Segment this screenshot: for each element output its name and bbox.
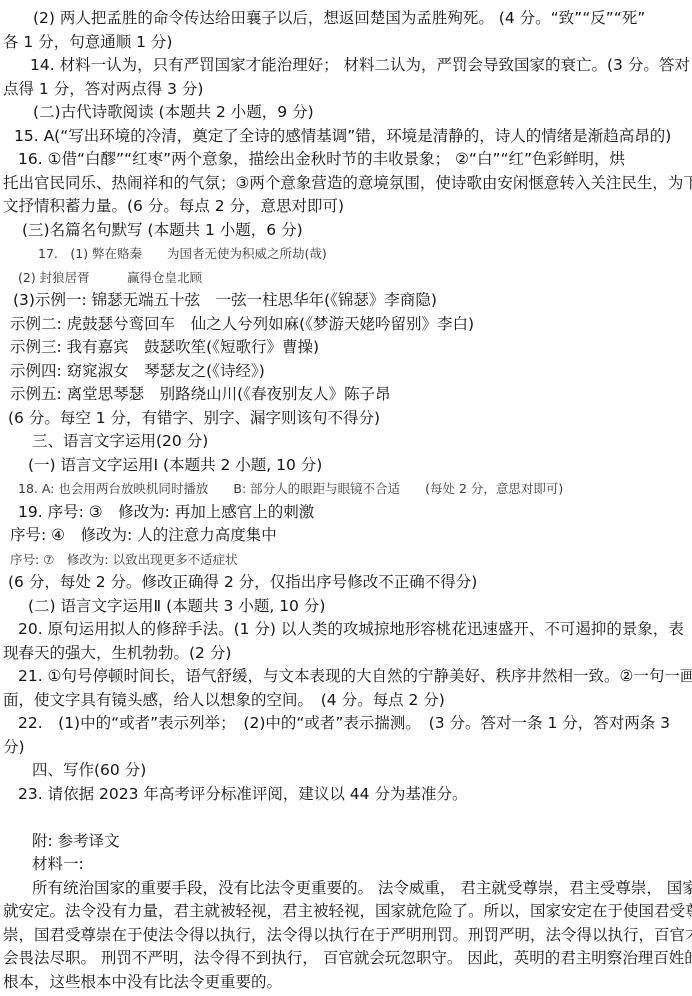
- document-line: 19. 序号: ③ 修改为: 再加上感官上的刺激: [0, 501, 692, 525]
- document-line: 示例三: 我有嘉宾 鼓瑟吹笙(《短歌行》曹操): [0, 336, 692, 360]
- document-line: 附: 参考译文: [0, 830, 692, 854]
- document-line: 16. ①借“白醪”“红枣”两个意象，描绘出金秋时节的丰收景象； ②“白”“红”…: [0, 148, 692, 172]
- document-line: [0, 806, 692, 830]
- document-body: (2) 两人把孟胜的命令传达给田襄子以后，想返回楚国为孟胜殉死。 (4 分。“致…: [0, 7, 692, 994]
- document-line: 18. A: 也会用两台放映机同时播放 B: 部分人的眼距与眼镜不合适 (每处 …: [0, 477, 692, 501]
- document-line: 21. ①句号停顿时间长，语气舒缓，与文本表现的大自然的宁静美好、秩序井然相一致…: [0, 665, 692, 689]
- document-line: (6 分，每处 2 分。修改正确得 2 分，仅指出序号修改不正确不得分): [0, 571, 692, 595]
- document-line: 材料一:: [0, 853, 692, 877]
- document-line: 15. A(“写出环境的冷清，奠定了全诗的感情基调”错，环境是清静的，诗人的情绪…: [0, 125, 692, 149]
- document-line: 文抒情积蓄力量。(6 分。每点 2 分，意思对即可): [0, 195, 692, 219]
- document-line: 点得 1 分，答对两点得 3 分): [0, 78, 692, 102]
- document-line: 所有统治国家的重要手段，没有比法令更重要的。 法令威重， 君主就受尊崇，君主受尊…: [0, 877, 692, 901]
- document-line: 序号: ④ 修改为: 人的注意力高度集中: [0, 524, 692, 548]
- document-line: 17. (1) 弊在赂秦 为国者无使为积威之所劫(哉): [0, 242, 692, 266]
- document-line: 四、写作(60 分): [0, 759, 692, 783]
- document-line: 现春天的强大，生机勃勃。(2 分): [0, 642, 692, 666]
- document-line: 各 1 分，句意通顺 1 分): [0, 31, 692, 55]
- document-line: (2) 两人把孟胜的命令传达给田襄子以后，想返回楚国为孟胜殉死。 (4 分。“致…: [0, 7, 692, 31]
- document-line: 分): [0, 736, 692, 760]
- document-line: 就安定。法令没有力量，君主就被轻视，君主被轻视，国家就危险了。所以，国家安定在于…: [0, 900, 692, 924]
- document-line: (6 分。每空 1 分，有错字、别字、漏字则该句不得分): [0, 407, 692, 431]
- document-line: 会畏法尽职。 刑罚不严明，法令得不到执行， 百官就会玩忽职守。 因此，英明的君主…: [0, 947, 692, 971]
- document-line: 面，使文字具有镜头感，给人以想象的空间。 (4 分。每点 2 分): [0, 689, 692, 713]
- document-line: (二) 语言文字运用Ⅱ (本题共 3 小题, 10 分): [0, 595, 692, 619]
- document-line: 根本，这些根本中没有比法令更重要的。: [0, 971, 692, 995]
- document-line: 20. 原句运用拟人的修辞手法。(1 分) 以人类的攻城掠地形容桃花迅速盛开、不…: [0, 618, 692, 642]
- document-line: (三)名篇名句默写 (本题共 1 小题，6 分): [0, 219, 692, 243]
- document-line: 三、语言文字运用(20 分): [0, 430, 692, 454]
- document-line: 14. 材料一认为，只有严罚国家才能治理好； 材料二认为，严罚会导致国家的衰亡。…: [0, 54, 692, 78]
- document-line: (二)古代诗歌阅读 (本题共 2 小题，9 分): [0, 101, 692, 125]
- exam-answer-key-page: (2) 两人把孟胜的命令传达给田襄子以后，想返回楚国为孟胜殉死。 (4 分。“致…: [0, 0, 692, 996]
- document-line: 示例二: 虎鼓瑟兮鸾回车 仙之人兮列如麻(《梦游天姥吟留别》李白): [0, 313, 692, 337]
- document-line: 23. 请依据 2023 年高考评分标准评阅，建议以 44 分为基准分。: [0, 783, 692, 807]
- document-line: (一) 语言文字运用Ⅰ (本题共 2 小题, 10 分): [0, 454, 692, 478]
- document-line: 崇，国君受尊崇在于使法令得以执行，法令得以执行在于严明刑罚。刑罚严明，法令得以执…: [0, 924, 692, 948]
- document-line: 序号: ⑦ 修改为: 以致出现更多不适症状: [0, 548, 692, 572]
- document-line: 托出官民同乐、热闹祥和的气氛；③两个意象营造的意境氛围，使诗歌由安闲惬意转入关注…: [0, 172, 692, 196]
- document-line: (3)示例一: 锦瑟无端五十弦 一弦一柱思华年(《锦瑟》李商隐): [0, 289, 692, 313]
- document-line: 22. (1)中的“或者”表示列举； (2)中的“或者”表示揣测。 (3 分。答…: [0, 712, 692, 736]
- document-line: 示例四: 窈窕淑女 琴瑟友之(《诗经》): [0, 360, 692, 384]
- document-line: 示例五: 离堂思琴瑟 别路绕山川(《春夜别友人》陈子昂: [0, 383, 692, 407]
- document-line: (2) 封狼居胥 赢得仓皇北顾: [0, 266, 692, 290]
